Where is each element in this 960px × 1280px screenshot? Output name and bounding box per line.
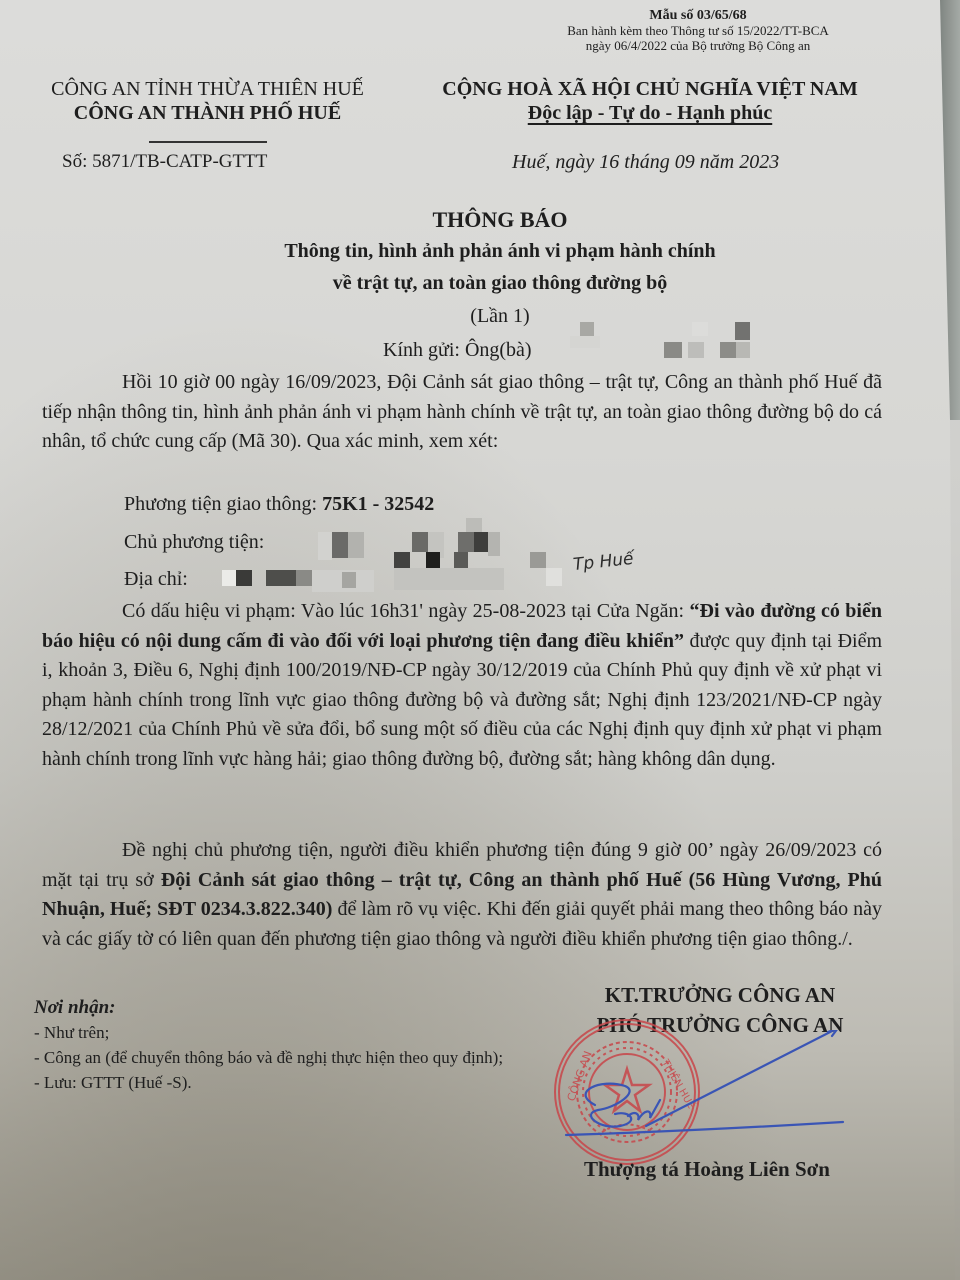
form-issued-date: ngày 06/4/2022 của Bộ trưởng Bộ Công an [548, 38, 848, 53]
issuing-agency: CÔNG AN TỈNH THỪA THIÊN HUẾ CÔNG AN THÀN… [30, 77, 385, 149]
recipients-list: Nơi nhận: - Như trên; - Công an (để chuy… [34, 995, 504, 1095]
vehicle-row: Phương tiện giao thông: 75K1 - 32542 [124, 493, 434, 516]
signature-icon [560, 1030, 880, 1160]
form-issued-with: Ban hành kèm theo Thông tư số 15/2022/TT… [548, 23, 848, 38]
owner-row: Chủ phương tiện: [124, 531, 264, 554]
owner-label: Chủ phương tiện: [124, 531, 264, 553]
national-header: CỘNG HOÀ XÃ HỘI CHỦ NGHĨA VIỆT NAM Độc l… [415, 77, 885, 125]
recipient-item: - Lưu: GTTT (Huế -S). [34, 1070, 504, 1095]
title-subtitle-1: Thông tin, hình ảnh phản ánh vi phạm hàn… [180, 235, 820, 267]
redacted-address [222, 552, 562, 592]
intro-paragraph: Hồi 10 giờ 00 ngày 16/09/2023, Đội Cảnh … [42, 368, 882, 457]
form-number: Mẫu số 03/65/68 [548, 8, 848, 23]
title-heading: THÔNG BÁO [180, 205, 820, 235]
document-title: THÔNG BÁO Thông tin, hình ảnh phản ánh v… [180, 205, 820, 331]
document-sheet: Mẫu số 03/65/68 Ban hành kèm theo Thông … [0, 0, 960, 1280]
vehicle-label: Phương tiện giao thông: [124, 493, 317, 515]
sign-on-behalf: KT.TRƯỞNG CÔNG AN [560, 980, 880, 1010]
recipient-item: - Như trên; [34, 1020, 504, 1045]
agency-unit: CÔNG AN THÀNH PHỐ HUẾ [30, 101, 385, 125]
recipient-label: Kính gửi: Ông(bà) [383, 339, 532, 362]
agency-parent: CÔNG AN TỈNH THỪA THIÊN HUẾ [30, 77, 385, 101]
handwritten-note: Tp Huế [572, 549, 634, 575]
address-label: Địa chỉ: [124, 568, 188, 590]
title-subtitle-2: về trật tự, an toàn giao thông đường bộ [180, 267, 820, 299]
nation-name: CỘNG HOÀ XÃ HỘI CHỦ NGHĨA VIỆT NAM [415, 77, 885, 101]
form-reference: Mẫu số 03/65/68 Ban hành kèm theo Thông … [548, 8, 848, 53]
recipients-heading: Nơi nhận: [34, 995, 504, 1020]
summons-paragraph: Đề nghị chủ phương tiện, người điều khiể… [42, 836, 882, 954]
violation-lead: Có dấu hiệu vi phạm: Vào lúc 16h31' ngày… [122, 600, 690, 622]
document-number: Số: 5871/TB-CATP-GTTT [62, 151, 267, 173]
signer-name: Thượng tá Hoàng Liên Sơn [584, 1157, 830, 1182]
nation-motto: Độc lập - Tự do - Hạnh phúc [415, 101, 885, 125]
redacted-recipient-name [580, 322, 770, 362]
recipient-item: - Công an (để chuyển thông báo và đề ngh… [34, 1045, 504, 1070]
intro-text: Hồi 10 giờ 00 ngày 16/09/2023, Đội Cảnh … [42, 371, 882, 452]
address-row: Địa chỉ: [124, 568, 188, 591]
violation-paragraph: Có dấu hiệu vi phạm: Vào lúc 16h31' ngày… [42, 597, 882, 774]
agency-underline [149, 141, 267, 143]
place-date: Huế, ngày 16 tháng 09 năm 2023 [512, 151, 779, 174]
vehicle-plate: 75K1 - 32542 [322, 493, 434, 515]
